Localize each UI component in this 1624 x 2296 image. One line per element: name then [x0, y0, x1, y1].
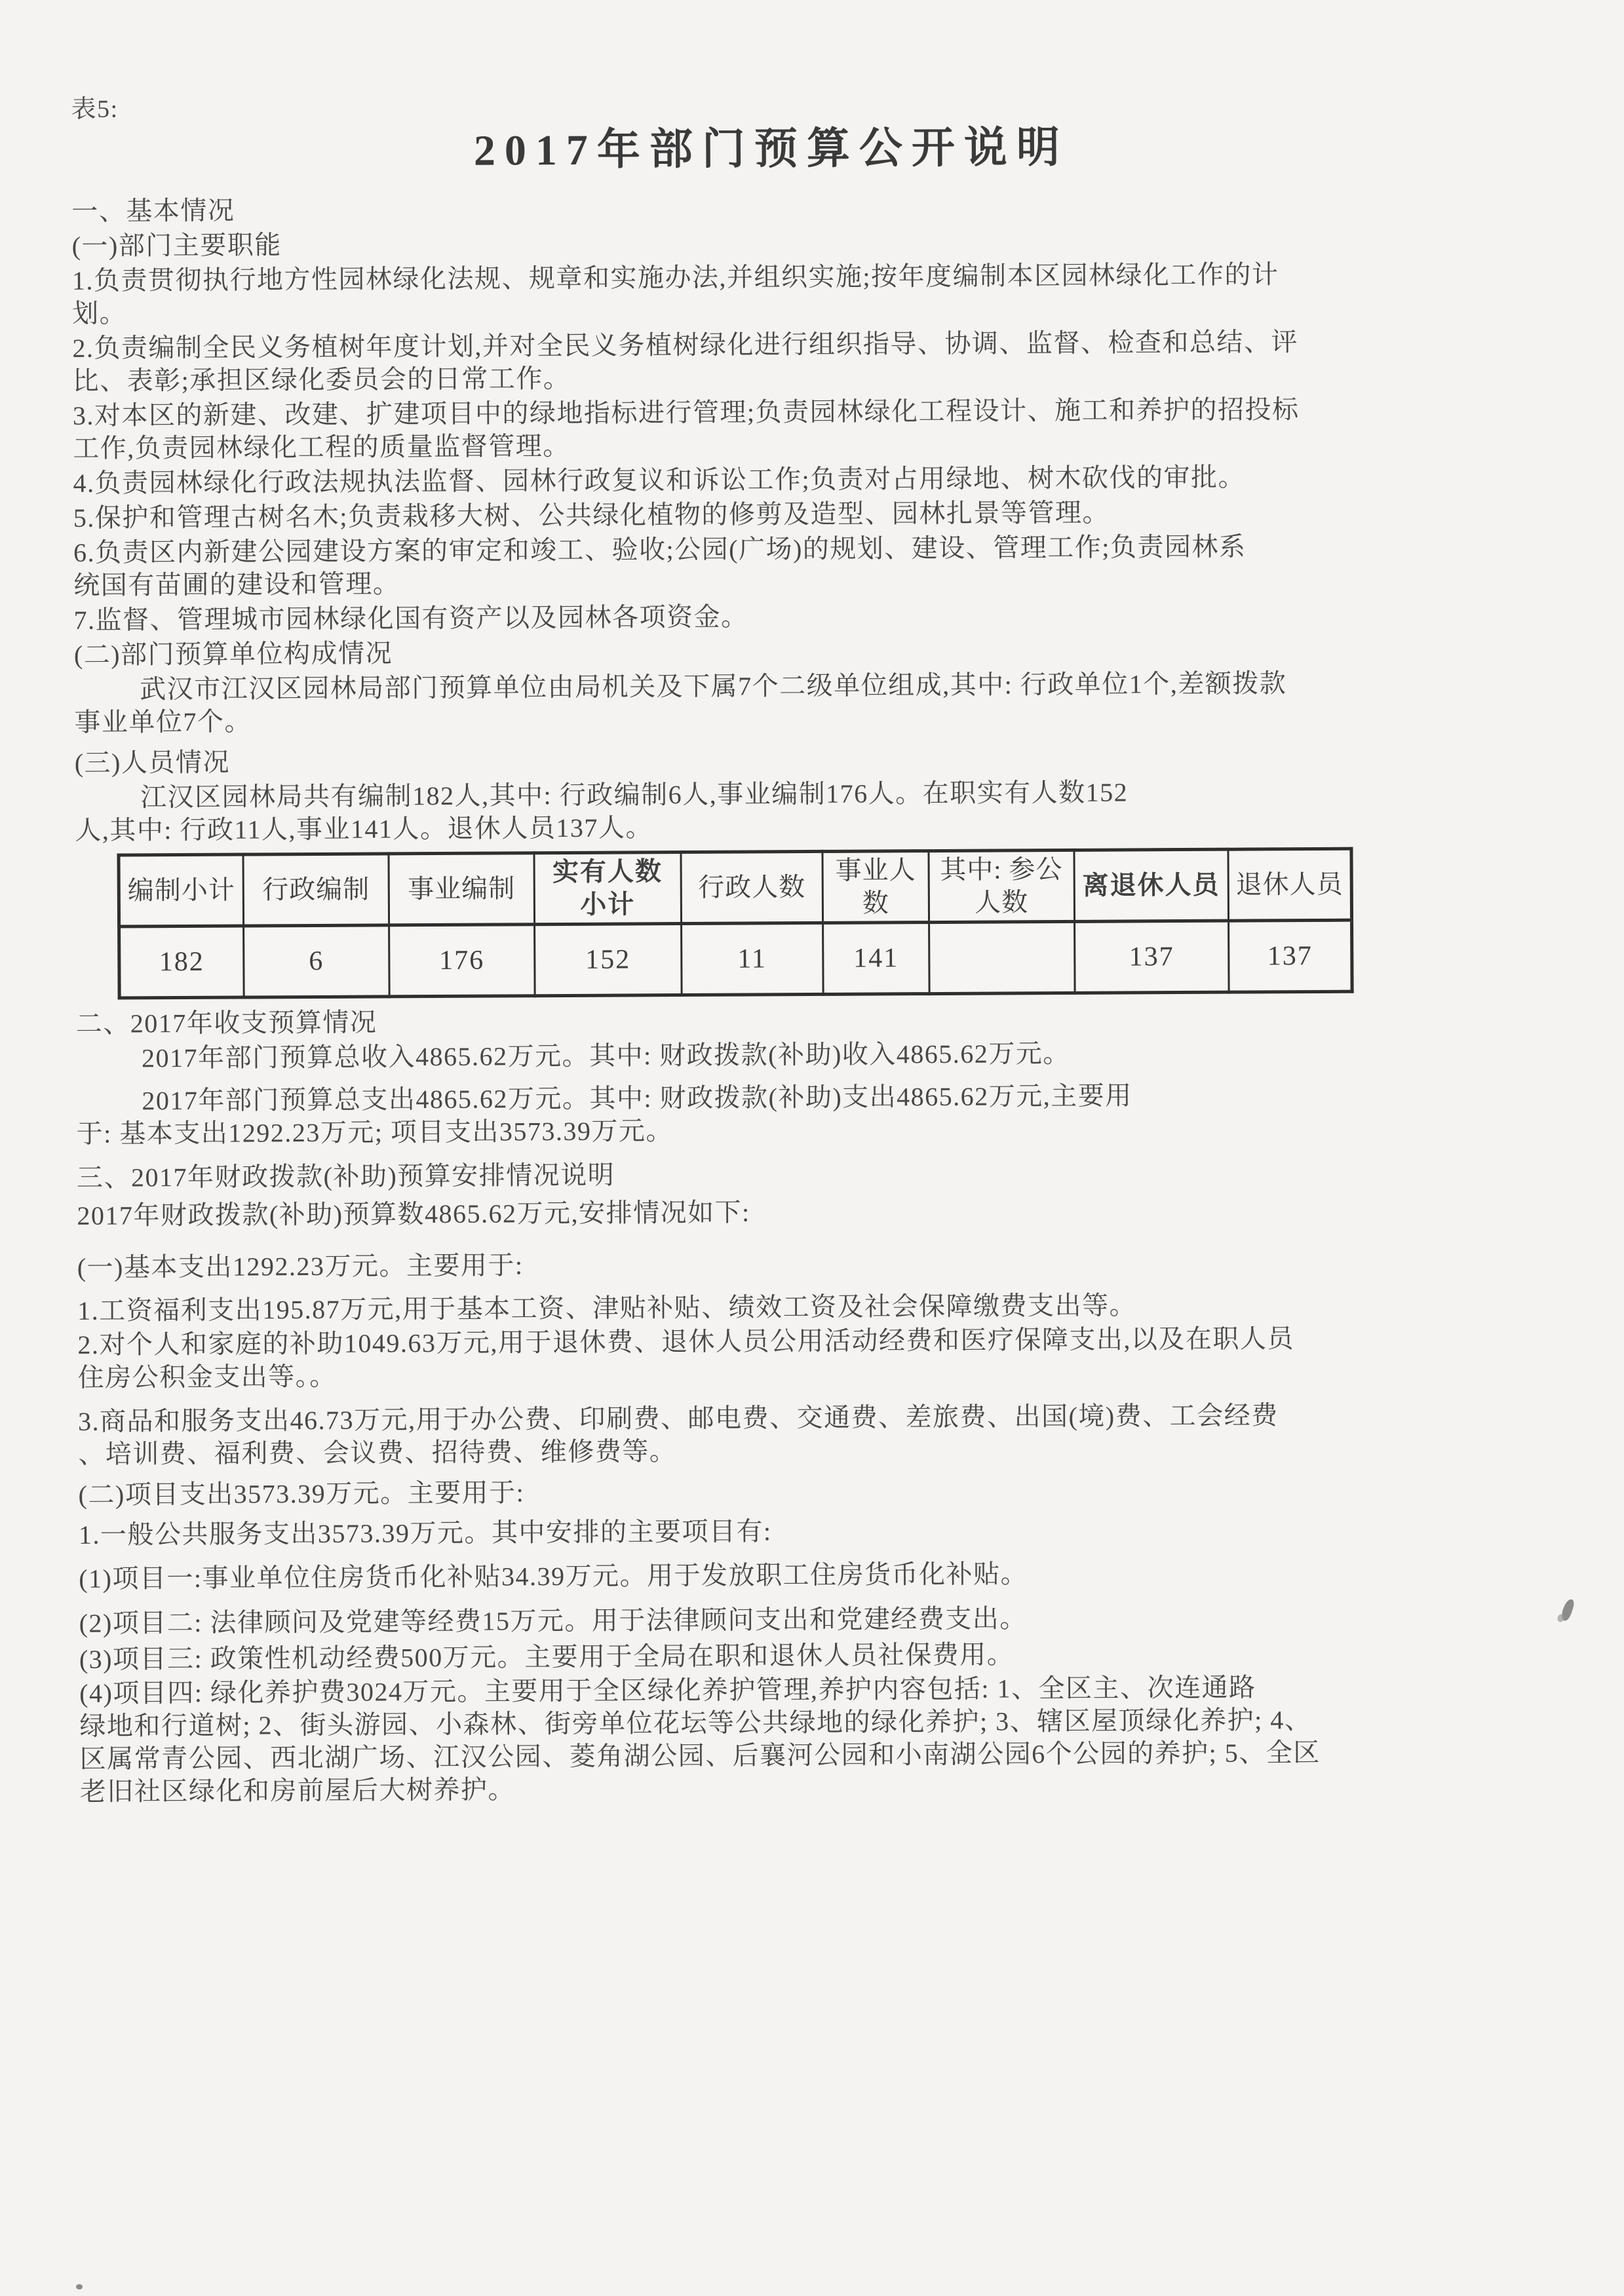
- duty-item-4: 4.负责园林绿化行政法规执法监督、园林行政复议和诉讼工作;负责对占用绿地、树木砍…: [73, 459, 1577, 500]
- value-cell-lituixiu-renyuan: 137: [1074, 921, 1229, 993]
- personnel-paragraph: 江汉区园林局共有编制182人,其中: 行政编制6人,事业编制176人。在职实有人…: [75, 774, 1579, 847]
- header-cell-xingzheng-renshu: 行政人数: [681, 851, 823, 923]
- duty-item-6: 6.负责区内新建公园建设方案的审定和竣工、验收;公园(广场)的规划、建设、管理工…: [73, 529, 1578, 602]
- basic-expenditure-item-2: 2.对个人和家庭的补助1049.63万元,用于退休费、退休人员公用活动经费和医疗…: [77, 1321, 1582, 1394]
- sheet-label: 表5:: [71, 85, 1576, 126]
- header-cell-bianzhi-xiaoji: 编制小计: [119, 854, 244, 927]
- duty-item-7: 7.监督、管理城市园林绿化国有资产以及园林各项资金。: [73, 596, 1578, 637]
- basic-expenditure-item-3: 3.商品和服务支出46.73万元,用于办公费、印刷费、邮电费、交通费、差旅费、出…: [78, 1398, 1583, 1471]
- value-cell-tuixiu-renyuan: 137: [1228, 920, 1352, 992]
- header-cell-shiyou-renshu-xiaoji: 实有人数小计: [534, 852, 681, 925]
- project-expenditure-heading: (二)项目支出3573.39万元。主要用于:: [78, 1471, 1583, 1512]
- expenditure-paragraph: 2017年部门预算总支出4865.62万元。其中: 财政拨款(补助)支出4865…: [76, 1077, 1581, 1151]
- header-cell-lituixiu-renyuan: 离退休人员: [1074, 849, 1229, 921]
- project-4-paragraph: (4)项目四: 绿化养护费3024万元。主要用于全区绿化养护管理,养护内容包括:…: [79, 1670, 1585, 1808]
- budget-unit-paragraph: 武汉市江汉区园林局部门预算单位由局机关及下属7个二级单位组成,其中: 行政单位1…: [74, 666, 1579, 739]
- staffing-table: 编制小计 行政编制 事业编制 实有人数小计 行政人数 事业人数 其中: 参公人数…: [117, 847, 1353, 1000]
- project-1-paragraph: (1)项目一:事业单位住房货币化补贴34.39万元。用于发放职工住房货币化补贴。: [79, 1555, 1583, 1596]
- duty-item-3: 3.对本区的新建、改建、扩建项目中的绿地指标进行管理;负责园林绿化工程设计、施工…: [73, 392, 1577, 465]
- header-cell-cangong-renshu: 其中: 参公人数: [929, 850, 1075, 922]
- duty-item-5: 5.保护和管理古树名木;负责栽移大树、公共绿化植物的修剪及造型、园林扎景等管理。: [73, 494, 1578, 535]
- document-page: 表5: 2017年部门预算公开说明 一、基本情况 (一)部门主要职能 1.负责贯…: [0, 0, 1624, 2296]
- value-cell-xingzheng-bianzhi: 6: [244, 925, 390, 997]
- table-value-row: 182 6 176 152 11 141 137 137: [119, 920, 1353, 998]
- value-cell-shiye-bianzhi: 176: [389, 925, 535, 997]
- subsection-heading-1-3: (三)人员情况: [75, 739, 1579, 780]
- basic-expenditure-heading: (一)基本支出1292.23万元。主要用于:: [77, 1244, 1582, 1284]
- value-cell-cangong-renshu: [929, 921, 1075, 993]
- header-cell-tuixiu-renyuan: 退休人员: [1228, 849, 1352, 921]
- section-heading-1: 一、基本情况: [71, 187, 1576, 228]
- value-cell-shiyou-renshu-xiaoji: 152: [534, 924, 681, 996]
- section-heading-2: 二、2017年收支预算情况: [76, 1000, 1581, 1041]
- value-cell-xingzheng-renshu: 11: [681, 923, 823, 995]
- page-title: 2017年部门预算公开说明: [71, 120, 1471, 180]
- table-header-row: 编制小计 行政编制 事业编制 实有人数小计 行政人数 事业人数 其中: 参公人数…: [119, 849, 1352, 927]
- project-expenditure-item-1: 1.一般公共服务支出3573.39万元。其中安排的主要项目有:: [79, 1511, 1583, 1552]
- header-cell-xingzheng-bianzhi: 行政编制: [243, 854, 389, 926]
- document-content: 表5: 2017年部门预算公开说明 一、基本情况 (一)部门主要职能 1.负责贯…: [0, 0, 1624, 1808]
- subsection-heading-1-2: (二)部门预算单位构成情况: [74, 631, 1579, 672]
- project-2-paragraph: (2)项目二: 法律顾问及党建等经费15万元。用于法律顾问支出和党建经费支出。: [79, 1599, 1584, 1640]
- duty-item-2: 2.负责编制全民义务植树年度计划,并对全民义务植树绿化进行组织指导、协调、监督、…: [72, 324, 1577, 398]
- basic-expenditure-item-1: 1.工资福利支出195.87万元,用于基本工资、津贴补贴、绩效工资及社会保障缴费…: [77, 1287, 1582, 1328]
- allocation-intro: 2017年财政拨款(补助)预算数4865.62万元,安排情况如下:: [77, 1192, 1581, 1233]
- scan-artifact-dot: [76, 2284, 83, 2289]
- subsection-heading-1-1: (一)部门主要职能: [71, 222, 1576, 263]
- section-heading-3: 三、2017年财政拨款(补助)预算安排情况说明: [77, 1154, 1581, 1195]
- revenue-paragraph: 2017年部门预算总收入4865.62万元。其中: 财政拨款(补助)收入4865…: [76, 1035, 1581, 1075]
- header-cell-shiye-bianzhi: 事业编制: [389, 853, 535, 925]
- duty-item-1: 1.负责贯彻执行地方性园林绿化法规、规章和实施办法,并组织实施;按年度编制本区园…: [72, 257, 1577, 330]
- project-3-paragraph: (3)项目三: 政策性机动经费500万元。主要用于全局在职和退休人员社保费用。: [79, 1636, 1584, 1676]
- value-cell-shiye-renshu: 141: [823, 923, 929, 995]
- value-cell-bianzhi-xiaoji: 182: [119, 926, 244, 998]
- header-cell-shiye-renshu: 事业人数: [822, 851, 929, 923]
